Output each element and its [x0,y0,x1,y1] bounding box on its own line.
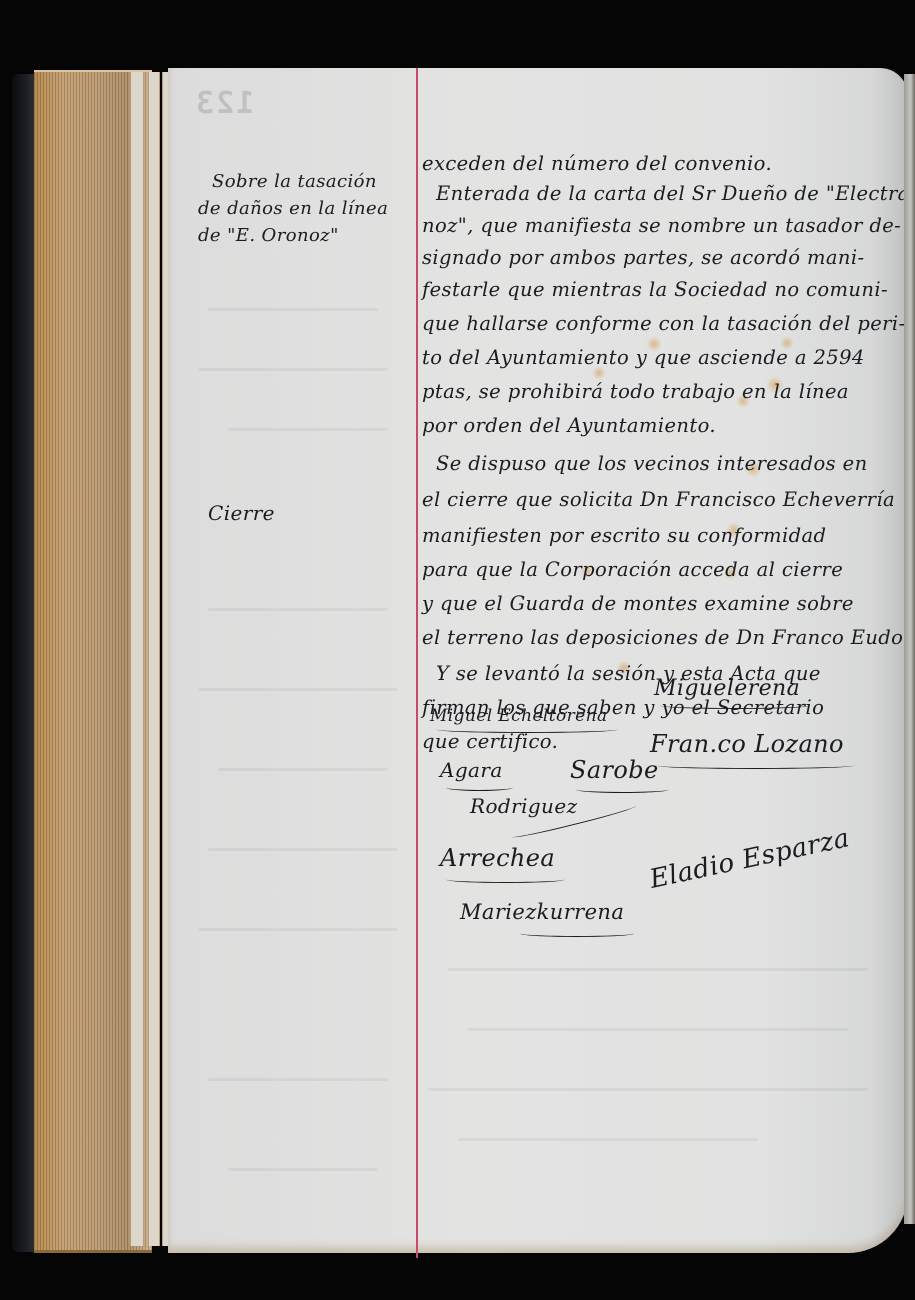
signature-flourish [446,876,565,883]
margin-note-tasacion: Sobre la tasación de daños en la línea d… [198,168,413,249]
body-line: noz", que manifiesta se nombre un tasado… [422,214,901,238]
signature-name: Rodriguez [470,794,578,818]
body-line: signado por ambos partes, se acordó mani… [422,246,865,270]
signature-name: Miguelerena [654,676,800,701]
signature-flourish [436,726,618,733]
bleed-through-page-number: 123 [194,86,254,121]
signature-name: Fran.co Lozano [650,730,844,758]
body-line: por orden del Ayuntamiento. [422,414,716,438]
signature-name: Mariezkurrena [460,900,624,924]
ledger-page: 123 [168,68,908,1253]
signature-name: Miguel Echeltorena [430,706,608,726]
body-line: para que la Corporación acceda al cierre [422,558,843,582]
body-line: ptas, se prohibirá todo trabajo en la lí… [422,380,849,404]
margin-note-line: de daños en la línea [198,195,413,222]
body-line: que hallarse conforme con la tasación de… [422,312,906,336]
next-page-edge [904,74,915,1224]
body-line: y que el Guarda de montes examine sobre [422,592,854,616]
signature-flourish [446,784,513,791]
margin-note-line: de "E. Oronoz" [198,222,413,249]
margin-note-line: Sobre la tasación [198,168,413,195]
body-line: exceden del número del convenio. [422,152,772,176]
signature-flourish [656,762,854,769]
body-line: Se dispuso que los vecinos interesados e… [436,452,868,476]
page-edge-strip [148,72,160,1246]
red-margin-rule [416,68,418,1258]
signature-flourish [520,930,634,937]
signature: Mariezkurrena [460,900,624,924]
body-line: el terreno las deposiciones de Dn Franco… [422,626,915,650]
body-line: manifiesten por escrito su conformidad [422,524,826,548]
body-line: el cierre que solicita Dn Francisco Eche… [422,488,895,512]
margin-note-line: Cierre [208,500,423,527]
signature: Miguel Echeltorena [430,706,608,726]
signature-flourish [576,786,669,793]
signature: Eladio Esparza [647,823,852,895]
page-edge-strip [130,72,144,1246]
signature-flourish [660,702,810,709]
signature-name: Sarobe [570,756,659,784]
signature: Sarobe [570,756,659,784]
signature: Fran.co Lozano [650,730,844,758]
body-line: festarle que mientras la Sociedad no com… [422,278,888,302]
signature: Agara [440,758,503,782]
signature: Arrechea [440,844,555,872]
body-line: Enterada de la carta del Sr Dueño de "El… [436,182,915,206]
signature: Miguelerena [654,676,800,701]
signature: Rodriguez [470,794,578,818]
ledger-book: 123 [12,68,915,1268]
body-line: to del Ayuntamiento y que asciende a 259… [422,346,865,370]
margin-note-cierre: Cierre [198,500,423,527]
signature-name: Eladio Esparza [647,823,852,895]
signatures-block: Miguelerena Miguel Echeltorena Fran.co L… [422,668,902,968]
signature-name: Agara [440,758,503,782]
signature-name: Arrechea [440,844,555,872]
